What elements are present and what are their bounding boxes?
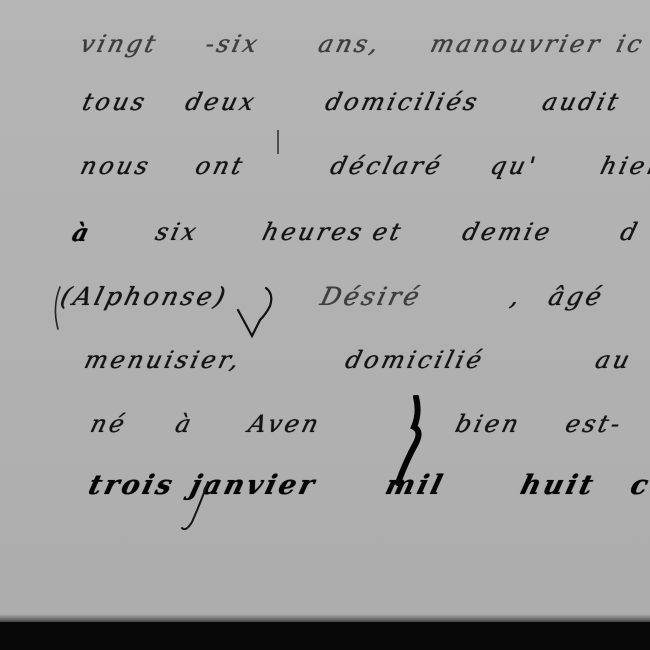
ink-tick-mark xyxy=(274,128,282,156)
word: est- xyxy=(563,410,626,438)
scanned-document-page: vingt -six ans, manouvrier ic tous deux … xyxy=(0,0,650,650)
word: huit xyxy=(517,470,599,501)
word: vingt xyxy=(78,30,162,58)
handwritten-line-5: (Alphonse) Désiré , âgé xyxy=(0,282,5,320)
word: Désiré xyxy=(318,282,426,311)
word: ic xyxy=(614,30,648,58)
word: heures xyxy=(260,218,368,246)
j-descender-stroke xyxy=(178,478,218,536)
bracket-mark xyxy=(50,285,64,331)
word: deux xyxy=(183,88,261,116)
handwritten-line-7: né à Aven bien est- xyxy=(0,410,4,446)
word: trois xyxy=(85,470,178,501)
word: domicilié xyxy=(343,346,488,374)
page-bottom-edge xyxy=(0,622,650,650)
word: six xyxy=(153,218,203,246)
insertion-caret-mark xyxy=(228,284,278,344)
word: menuisier, xyxy=(82,346,245,374)
handwritten-line-1: vingt -six ans, manouvrier ic xyxy=(0,30,4,66)
handwritten-line-6: menuisier, domicilié au xyxy=(0,346,4,382)
word: demie xyxy=(460,218,556,246)
handwritten-line-3: nous ont déclaré qu' hier xyxy=(0,152,4,188)
word: Aven xyxy=(246,410,325,438)
word: d xyxy=(618,218,643,246)
word: manouvrier xyxy=(428,30,606,58)
word: , xyxy=(508,282,526,311)
word: au xyxy=(593,346,636,374)
word: ont xyxy=(193,152,249,180)
word: nous xyxy=(78,152,155,180)
word: c xyxy=(627,470,650,501)
word: bien xyxy=(453,410,525,438)
word: tous xyxy=(80,88,151,116)
word: déclaré xyxy=(328,152,447,180)
word: né xyxy=(88,410,131,438)
word: et xyxy=(370,218,407,246)
word: âgé xyxy=(546,282,608,311)
word: audit xyxy=(540,88,624,116)
word: à xyxy=(173,410,197,438)
handwritten-line-2: tous deux domiciliés audit xyxy=(0,88,4,124)
word: (Alphonse) xyxy=(58,282,232,311)
word: ans, xyxy=(316,30,385,58)
word: hier xyxy=(598,152,650,180)
word: -six xyxy=(203,30,264,58)
word: domiciliés xyxy=(323,88,483,116)
word: à xyxy=(69,218,95,247)
handwritten-line-4: à six heures et demie d xyxy=(0,218,4,254)
word: qu' xyxy=(488,152,541,180)
word: mil xyxy=(382,470,448,501)
handwritten-line-8: trois janvier mil huit c xyxy=(0,470,5,510)
